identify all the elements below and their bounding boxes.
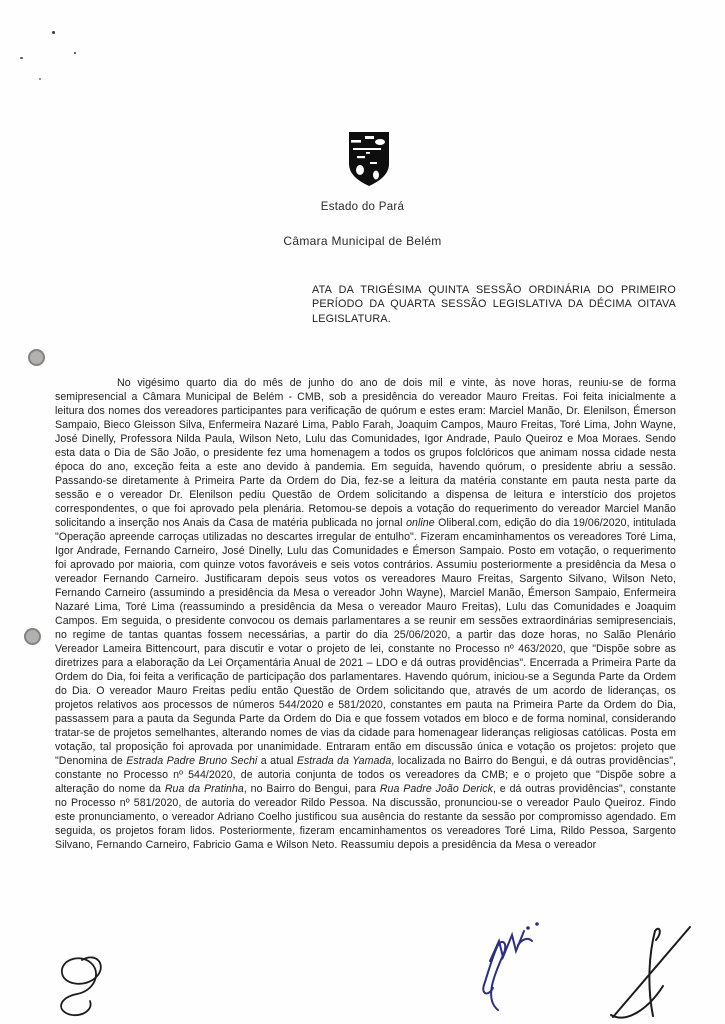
body-text-segment: No vigésimo quarto dia do mês de junho d… — [55, 377, 676, 529]
scan-speck — [74, 52, 76, 54]
session-minutes-title: ATA DA TRIGÉSIMA QUINTA SESSÃO ORDINÁRIA… — [312, 283, 676, 326]
body-text-segment: Rua Padre João Derick — [380, 783, 493, 795]
body-text-segment: , no Bairro do Bengui, para — [244, 783, 380, 795]
body-text-segment: Estrada da Yamada — [297, 755, 391, 767]
body-text-segment: Estrada Padre Bruno Sechi — [126, 755, 257, 767]
minutes-body-paragraph: No vigésimo quarto dia do mês de junho d… — [55, 376, 676, 852]
blue-ink-signature — [468, 915, 553, 1015]
body-text-segment: Rua da Pratinha — [165, 783, 244, 795]
body-text-segment: a atual — [257, 755, 297, 767]
black-ink-signature — [603, 924, 693, 1024]
scribble-initials — [50, 950, 112, 1022]
institution-name: Câmara Municipal de Belém — [0, 234, 725, 248]
scan-speck — [52, 31, 55, 34]
scanned-document-page: Estado do Pará Câmara Municipal de Belém… — [0, 0, 725, 1024]
belem-coat-of-arms-icon — [346, 131, 392, 187]
body-text-segment: online — [406, 517, 435, 529]
state-name: Estado do Pará — [0, 201, 725, 213]
scan-speck — [39, 78, 41, 80]
body-text-segment: Oliberal.com, edição do dia 19/06/2020, … — [55, 517, 676, 767]
hole-punch-mark — [28, 349, 45, 366]
scan-speck — [20, 57, 23, 59]
hole-punch-mark — [24, 628, 41, 645]
